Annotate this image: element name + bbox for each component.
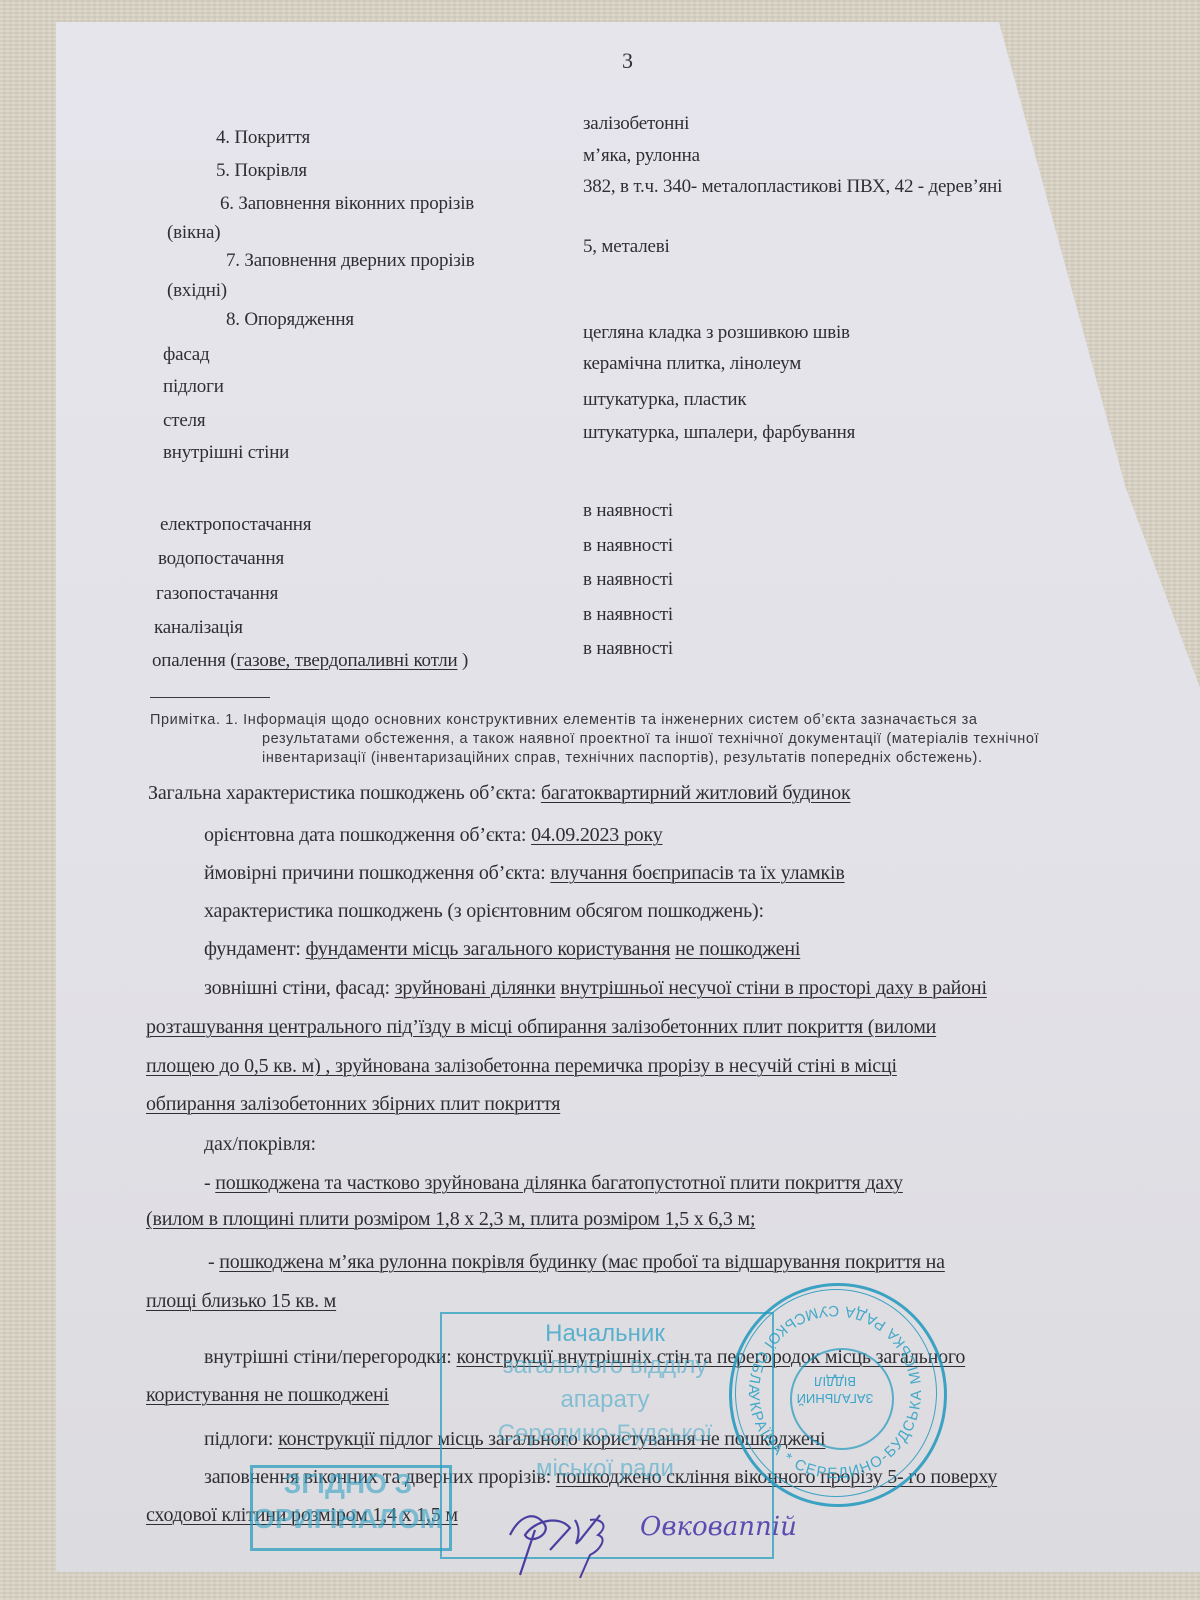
general-label: Загальна характеристика пошкоджень об’єк…	[148, 782, 541, 804]
stamp-line-4: Середино-Будської	[440, 1420, 770, 1448]
roof-item-1-cont: (вилом в площині плити розміром 1,8 х 2,…	[146, 1208, 755, 1231]
copy-stamp-line-1: ЗГІДНО З	[250, 1468, 446, 1500]
value-covering: залізобетонні	[583, 113, 689, 135]
label-finishing: 8. Опорядження	[226, 309, 354, 331]
value-windows: 382, в т.ч. 340- металопластикові ПВХ, 4…	[583, 176, 1002, 198]
value-gas: в наявності	[583, 569, 673, 591]
label-inner-walls: внутрішні стіни	[163, 442, 289, 464]
roof-item-1-text: пошкоджена та частково зруйнована ділянк…	[215, 1172, 903, 1194]
roof-item-1: - пошкоджена та частково зруйнована діля…	[204, 1172, 903, 1195]
inner-walls-line-2: користування не пошкоджені	[146, 1384, 389, 1407]
page-number: 3	[622, 48, 633, 74]
note-line-3: інвентаризації (інвентаризаційних справ,…	[262, 750, 983, 766]
date-value: 04.09.2023 року	[531, 824, 662, 846]
damage-date: орієнтовна дата пошкодження об’єкта: 04.…	[204, 824, 663, 847]
value-facade: цегляна кладка з розшивкою швів	[583, 322, 850, 344]
value-electricity: в наявності	[583, 500, 673, 522]
svg-text:Овковаппій: Овковаппій	[640, 1512, 797, 1542]
heating-type: газове, твердопаливні котли	[236, 650, 457, 671]
inner-label: внутрішні стіни/перегородки:	[204, 1346, 456, 1368]
label-water: водопостачання	[158, 548, 284, 570]
heating-suffix: )	[457, 650, 468, 671]
cause-value: влучання боєприпасів та їх уламків	[550, 862, 844, 884]
walls-line-2: розташування центрального під’їзду в міс…	[146, 1016, 936, 1039]
value-doors: 5, металеві	[583, 236, 670, 258]
general-damage: Загальна характеристика пошкоджень об’єк…	[148, 782, 850, 805]
value-water: в наявності	[583, 535, 673, 557]
walls-value-1b: внутрішньої несучої стіни в просторі дах…	[560, 977, 987, 999]
stamp-line-3: апарату	[440, 1386, 770, 1414]
walls-line-4: обпирання залізобетонних збірних плит по…	[146, 1093, 560, 1116]
stamp-line-5: міської ради	[440, 1455, 770, 1483]
label-windows-cont: (вікна)	[167, 222, 220, 244]
copy-stamp-line-2: ОРИГІНАЛОМ	[250, 1503, 446, 1535]
value-ceiling: штукатурка, пластик	[583, 389, 746, 411]
floors-label: підлоги:	[204, 1428, 278, 1450]
label-gas: газопостачання	[156, 583, 278, 605]
cause-label: ймовірні причини пошкодження об’єкта:	[204, 862, 550, 884]
roof-label: дах/покрівля:	[204, 1133, 316, 1156]
value-inner-walls: штукатурка, шпалери, фарбування	[583, 422, 855, 444]
stamp-line-1: Начальник	[440, 1320, 770, 1348]
label-floors: підлоги	[163, 376, 224, 398]
label-ceiling: стеля	[163, 410, 205, 432]
heating-prefix: опалення (	[152, 650, 236, 671]
roof-item-2-cont: площі близько 15 кв. м	[146, 1290, 336, 1313]
walls-label: зовнішні стіни, фасад:	[204, 977, 395, 999]
round-seal-text: УКРАЇНА * СЕРЕДИНО-БУДСЬКА МІСЬКА РАДА С…	[729, 1283, 941, 1501]
value-sewage: в наявності	[583, 604, 673, 626]
label-heating: опалення (газове, твердопаливні котли )	[152, 650, 468, 672]
stamp-line-2: загального відділу	[440, 1352, 770, 1380]
foundation-value-1: фундаменти місць загального користування	[306, 938, 671, 960]
walls-line-1: зовнішні стіни, фасад: зруйновані ділянк…	[204, 977, 987, 1000]
label-sewage: каналізація	[154, 617, 243, 639]
label-windows: 6. Заповнення віконних прорізів	[220, 193, 474, 215]
date-label: орієнтовна дата пошкодження об’єкта:	[204, 824, 531, 846]
foundation: фундамент: фундаменти місць загального к…	[204, 938, 800, 961]
roof-item-2: - пошкоджена м’яка рулонна покрівля буди…	[208, 1251, 945, 1274]
label-facade: фасад	[163, 344, 210, 366]
general-value: багатоквартирний житловий будинок	[541, 782, 851, 804]
footnote-rule	[150, 697, 270, 698]
note-line-1: Примітка. 1. Інформація щодо основних ко…	[150, 712, 978, 728]
value-roofing: м’яка, рулонна	[583, 145, 700, 167]
roof-item-2-text: пошкоджена м’яка рулонна покрівля будинк…	[219, 1251, 945, 1273]
label-doors-cont: (вхідні)	[167, 280, 227, 302]
label-electricity: електропостачання	[160, 514, 311, 536]
value-floors: керамічна плитка, лінолеум	[583, 353, 801, 375]
walls-line-3: площею до 0,5 кв. м) , зруйнована залізо…	[146, 1055, 897, 1078]
label-covering: 4. Покриття	[216, 127, 310, 149]
label-doors: 7. Заповнення дверних прорізів	[226, 250, 475, 272]
foundation-label: фундамент:	[204, 938, 306, 960]
svg-text:ВІДДІЛ: ВІДДІЛ	[814, 1374, 856, 1389]
value-heating: в наявності	[583, 638, 673, 660]
foundation-value-2: не пошкоджені	[675, 938, 800, 960]
damage-cause: ймовірні причини пошкодження об’єкта: вл…	[204, 862, 845, 885]
walls-value-1a: зруйновані ділянки	[395, 977, 556, 999]
signature: Овковаппій	[490, 1490, 810, 1580]
label-roofing: 5. Покрівля	[216, 160, 307, 182]
damage-characteristics: характеристика пошкоджень (з орієнтовним…	[204, 900, 764, 923]
svg-text:ЗАГАЛЬНИЙ: ЗАГАЛЬНИЙ	[797, 1391, 874, 1406]
note-line-2: результатами обстеження, а також наявної…	[262, 731, 1039, 747]
